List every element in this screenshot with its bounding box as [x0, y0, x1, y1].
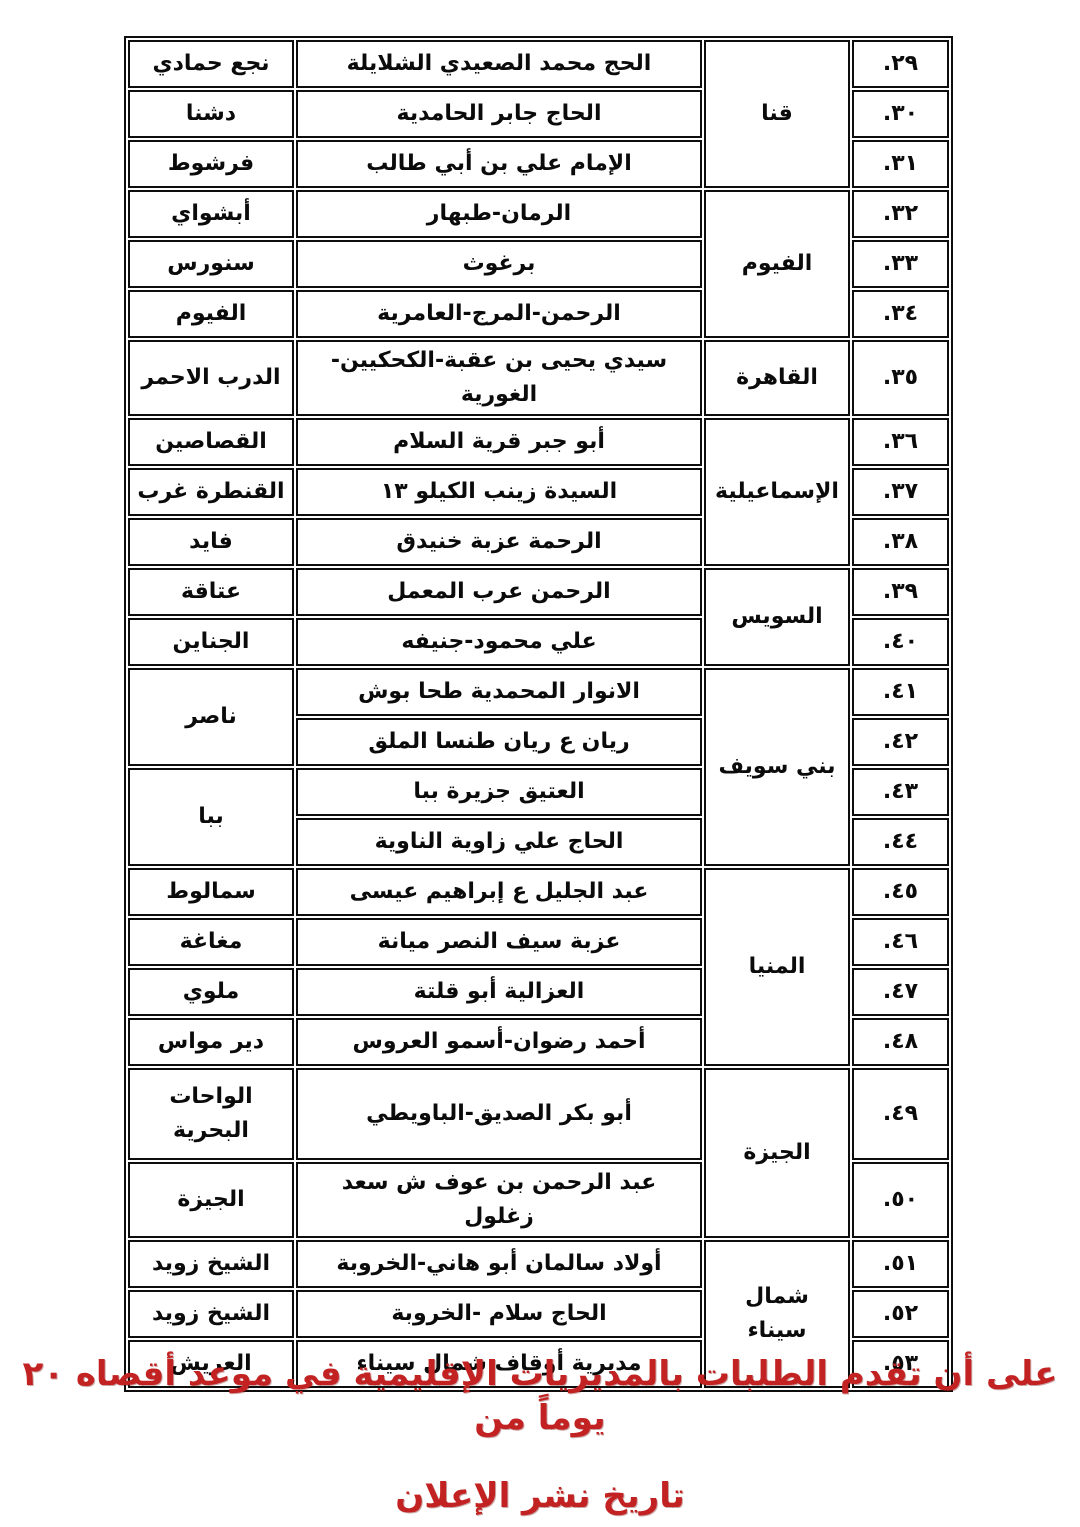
mosque-name-cell: علي محمود-جنيفه [296, 618, 702, 666]
district-cell: مغاغة [128, 918, 294, 966]
mosque-name-cell: عبد الجليل ع إبراهيم عيسى [296, 868, 702, 916]
table-row: ٣٥.القاهرةسيدي يحيى بن عقبة-الكحكيين-الغ… [128, 340, 949, 416]
row-number-cell: ٤٥. [852, 868, 949, 916]
district-cell: عتاقة [128, 568, 294, 616]
footer-note-line2: تاريخ نشر الإعلان [0, 1474, 1080, 1518]
row-number-cell: ٤٧. [852, 968, 949, 1016]
row-number-cell: ٣٩. [852, 568, 949, 616]
mosque-name-cell: عزبة سيف النصر ميانة [296, 918, 702, 966]
district-cell: سنورس [128, 240, 294, 288]
row-number-cell: ٣٣. [852, 240, 949, 288]
district-cell: دشنا [128, 90, 294, 138]
mosque-name-cell: الحاج سلام -الخروبة [296, 1290, 702, 1338]
table-row: ٣٢.الفيومالرمان-طبهارأبشواي [128, 190, 949, 238]
mosque-name-cell: العزالية أبو قلتة [296, 968, 702, 1016]
district-cell: سمالوط [128, 868, 294, 916]
row-number-cell: ٣١. [852, 140, 949, 188]
row-number-cell: ٤٩. [852, 1068, 949, 1160]
table-row: ٣٦.الإسماعيليةأبو جبر قرية السلامالقصاصي… [128, 418, 949, 466]
district-cell: ناصر [128, 668, 294, 766]
row-number-cell: ٤٦. [852, 918, 949, 966]
governorate-cell: المنيا [704, 868, 850, 1066]
row-number-cell: ٤٣. [852, 768, 949, 816]
row-number-cell: ٤٤. [852, 818, 949, 866]
district-cell: الجيزة [128, 1162, 294, 1238]
mosque-name-cell: سيدي يحيى بن عقبة-الكحكيين-الغورية [296, 340, 702, 416]
mosque-name-cell: السيدة زينب الكيلو ١٣ [296, 468, 702, 516]
document-page: { "document": { "language": "ar", "direc… [0, 0, 1080, 1527]
district-cell: الشيخ زويد [128, 1290, 294, 1338]
row-number-cell: ٣٠. [852, 90, 949, 138]
district-cell: أبشواي [128, 190, 294, 238]
district-cell: الفيوم [128, 290, 294, 338]
mosque-name-cell: ريان ع ريان طنسا الملق [296, 718, 702, 766]
mosque-name-cell: الرحمن-المرج-العامرية [296, 290, 702, 338]
row-number-cell: ٥١. [852, 1240, 949, 1288]
row-number-cell: ٥٠. [852, 1162, 949, 1238]
governorate-cell: الإسماعيلية [704, 418, 850, 566]
mosque-name-cell: الرحمن عرب المعمل [296, 568, 702, 616]
footer-note-line1: على أن تقدم الطلبات بالمديريات الإقليمية… [0, 1352, 1080, 1440]
row-number-cell: ٤٨. [852, 1018, 949, 1066]
row-number-cell: ٤١. [852, 668, 949, 716]
governorate-cell: الفيوم [704, 190, 850, 338]
mosques-table: ٢٩.قناالحج محمد الصعيدي الشلايلةنجع حماد… [124, 36, 953, 1392]
mosque-name-cell: الانوار المحمدية طحا بوش [296, 668, 702, 716]
mosque-name-cell: أبو بكر الصديق-الباويطي [296, 1068, 702, 1160]
district-cell: فرشوط [128, 140, 294, 188]
row-number-cell: ٣٧. [852, 468, 949, 516]
table-row: ٤٥.المنياعبد الجليل ع إبراهيم عيسىسمالوط [128, 868, 949, 916]
district-cell: الشيخ زويد [128, 1240, 294, 1288]
table-row: ٢٩.قناالحج محمد الصعيدي الشلايلةنجع حماد… [128, 40, 949, 88]
district-cell: ملوي [128, 968, 294, 1016]
mosque-name-cell: الحاج علي زاوية الناوية [296, 818, 702, 866]
governorate-cell: بني سويف [704, 668, 850, 866]
governorate-cell: الجيزة [704, 1068, 850, 1238]
district-cell: ببا [128, 768, 294, 866]
mosques-table-body: ٢٩.قناالحج محمد الصعيدي الشلايلةنجع حماد… [128, 40, 949, 1388]
mosque-name-cell: عبد الرحمن بن عوف ش سعد زغلول [296, 1162, 702, 1238]
row-number-cell: ٤٢. [852, 718, 949, 766]
row-number-cell: ٣٤. [852, 290, 949, 338]
governorate-cell: القاهرة [704, 340, 850, 416]
row-number-cell: ٣٥. [852, 340, 949, 416]
row-number-cell: ٥٢. [852, 1290, 949, 1338]
district-cell: القنطرة غرب [128, 468, 294, 516]
table-row: ٣٩.السويسالرحمن عرب المعملعتاقة [128, 568, 949, 616]
mosque-name-cell: برغوث [296, 240, 702, 288]
row-number-cell: ٣٨. [852, 518, 949, 566]
row-number-cell: ٣٦. [852, 418, 949, 466]
mosque-name-cell: أولاد سالمان أبو هاني-الخروبة [296, 1240, 702, 1288]
mosque-name-cell: الإمام علي بن أبي طالب [296, 140, 702, 188]
governorate-cell: السويس [704, 568, 850, 666]
row-number-cell: ٣٢. [852, 190, 949, 238]
mosque-name-cell: الحاج جابر الحامدية [296, 90, 702, 138]
district-cell: فايد [128, 518, 294, 566]
row-number-cell: ٤٠. [852, 618, 949, 666]
table-row: ٤٩.الجيزةأبو بكر الصديق-الباويطيالواحات … [128, 1068, 949, 1160]
footer-note: على أن تقدم الطلبات بالمديريات الإقليمية… [0, 1352, 1080, 1519]
table-row: ٥١.شمال سيناءأولاد سالمان أبو هاني-الخرو… [128, 1240, 949, 1288]
mosque-name-cell: الحج محمد الصعيدي الشلايلة [296, 40, 702, 88]
mosque-name-cell: الرحمة عزبة خنيدق [296, 518, 702, 566]
district-cell: القصاصين [128, 418, 294, 466]
row-number-cell: ٢٩. [852, 40, 949, 88]
district-cell: الجناين [128, 618, 294, 666]
district-cell: دير مواس [128, 1018, 294, 1066]
mosque-name-cell: أبو جبر قرية السلام [296, 418, 702, 466]
district-cell: الواحات البحرية [128, 1068, 294, 1160]
district-cell: نجع حمادي [128, 40, 294, 88]
table-row: ٤١.بني سويفالانوار المحمدية طحا بوشناصر [128, 668, 949, 716]
mosque-name-cell: الرمان-طبهار [296, 190, 702, 238]
mosque-name-cell: أحمد رضوان-أسمو العروس [296, 1018, 702, 1066]
mosque-name-cell: العتيق جزيرة ببا [296, 768, 702, 816]
mosques-table-wrap: ٢٩.قناالحج محمد الصعيدي الشلايلةنجع حماد… [130, 36, 953, 1392]
governorate-cell: قنا [704, 40, 850, 188]
district-cell: الدرب الاحمر [128, 340, 294, 416]
